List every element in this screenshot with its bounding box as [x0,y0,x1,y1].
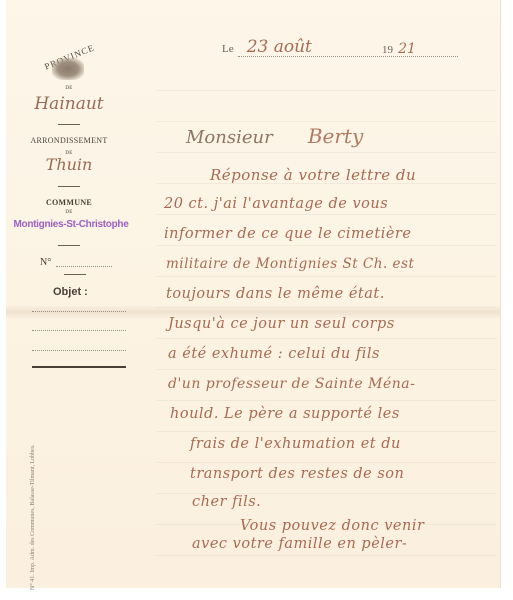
object-line-2 [32,330,126,331]
commune-label: COMMUNE [0,198,138,207]
number-label: N° [40,257,51,268]
year-printed: 19 [382,44,393,56]
body-line: Vous pouvez donc venir [240,518,424,534]
number-field-line [56,266,112,267]
date-day-month: 23 août [247,37,312,57]
salutation: Monsieur Berty [186,124,363,148]
body-line: hould. Le père a supporté les [170,406,400,422]
body-line: Jusqu'à ce jour un seul corps [168,316,395,332]
printer-imprint: N° 41. Imp. Adm. des Communes, Balasse-T… [30,444,36,590]
salutation-title: Monsieur [186,127,273,148]
date-year: 19 21 [382,38,416,57]
body-line: militaire de Montignies St Ch. est [166,256,414,272]
separator [64,274,86,275]
arrondissement-label: ARRONDISSEMENT [0,136,138,145]
date-underline [238,56,458,57]
body-line: d'un professeur de Sainte Ména- [168,376,415,392]
year-written: 21 [398,41,416,57]
salutation-name: Berty [308,124,363,148]
body-line: avec votre famille en pèler- [192,536,407,552]
body-line: frais de l'exhumation et du [190,436,401,452]
body-line: transport des restes de son [190,466,404,482]
body-line: informer de ce que le cimetière [164,226,411,242]
body-line: 20 ct. j'ai l'avantage de vous [164,196,388,212]
date-line: Le 23 août [222,37,312,57]
de-label-3: DE [0,210,138,215]
commune-stamp: Montignies-St-Christophe [2,219,140,230]
object-line-1 [32,311,126,312]
date-prefix: Le [222,43,234,55]
body-line: a été exhumé : celui du fils [168,346,380,362]
province-name: Hainaut [0,94,138,114]
separator [58,124,80,125]
object-line-3 [32,350,126,351]
separator [58,245,80,246]
de-label-1: DE [0,86,138,91]
body-line: cher fils. [192,494,261,510]
object-bottom-rule [32,366,126,368]
body-line: Réponse à votre lettre du [210,166,416,184]
object-label: Objet : [53,286,88,298]
body-line: toujours dans le même état. [166,286,385,302]
separator [58,186,80,187]
arrondissement-name: Thuin [0,155,138,174]
coat-of-arms-icon [52,58,84,80]
